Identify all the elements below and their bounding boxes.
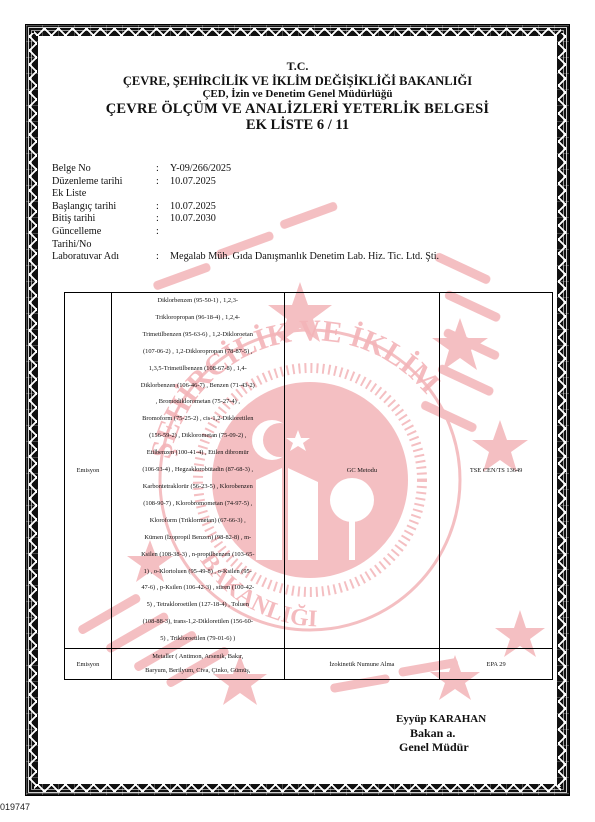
- cell-parameters: Diklorbenzen (95-50-1) , 1,2,3-Triklorop…: [111, 293, 284, 649]
- parameter-line: Baryum, Berilyum, Civa, Çinko, Gümüş,: [115, 664, 281, 678]
- meta-colon: :: [156, 176, 170, 189]
- meta-colon: :: [156, 213, 170, 226]
- parameter-line: , Bromodiklorometan (75-27-4) ,: [115, 394, 281, 411]
- meta-row: Tarihi/No: [52, 239, 439, 252]
- meta-colon: :: [156, 226, 170, 239]
- parameter-line: (108-88-3), trans-1,2-Dikloretilen (156-…: [115, 614, 281, 631]
- signature-block: Eyyüp KARAHAN Bakan a. Genel Müdür: [370, 712, 540, 754]
- meta-label: Tarihi/No: [52, 239, 156, 252]
- header-certificate-title: ÇEVRE ÖLÇÜM VE ANALİZLERİ YETERLİK BELGE…: [38, 101, 557, 118]
- meta-colon: [156, 239, 170, 252]
- meta-colon: :: [156, 251, 170, 264]
- parameter-line: Etilbenzen (100-41-4) , Etilen dibromür: [115, 445, 281, 462]
- signatory-role-line1: Bakan a.: [370, 726, 540, 740]
- meta-row: Düzenleme tarihi : 10.07.2025: [52, 176, 439, 189]
- cell-parameters: Metaller ( Antimon, Arsenik, Bakır,Baryu…: [111, 649, 284, 680]
- header-country: T.C.: [38, 60, 557, 74]
- parameter-line: 5) , Tetrakloroetilen (127-18-4) , Tolue…: [115, 597, 281, 614]
- document-content: T.C. ÇEVRE, ŞEHİRCİLİK VE İKLİM DEĞİŞİKL…: [0, 0, 595, 822]
- meta-label: Düzenleme tarihi: [52, 176, 156, 189]
- parameter-line: Kloroform (Triklormetan) (67-66-3) ,: [115, 513, 281, 530]
- meta-colon: :: [156, 201, 170, 214]
- meta-row: Bitiş tarihi : 10.07.2030: [52, 213, 439, 226]
- parameter-line: 47-6) , p-Ksilen (106-42-3) , stiren (10…: [115, 580, 281, 597]
- meta-value: 10.07.2025: [170, 176, 216, 189]
- header-ministry: ÇEVRE, ŞEHİRCİLİK VE İKLİM DEĞİŞİKLİĞİ B…: [38, 74, 557, 88]
- parameter-line: 1) , o-Klortoluen (95-49-8) , o-Ksilen (…: [115, 564, 281, 581]
- parameter-line: Diklorbenzen (95-50-1) , 1,2,3-: [115, 293, 281, 310]
- meta-colon: :: [156, 163, 170, 176]
- header-directorate: ÇED, İzin ve Denetim Genel Müdürlüğü: [38, 88, 557, 101]
- parameter-line: 1,3,5-Trimetilbenzen (108-67-8) , 1,4-: [115, 361, 281, 378]
- meta-colon: [156, 188, 170, 201]
- table-row: EmisyonMetaller ( Antimon, Arsenik, Bakı…: [65, 649, 553, 680]
- parameter-line: Diklorbenzen (106-46-7) , Benzen (71-43-…: [115, 378, 281, 395]
- parameter-line: (106-93-4) , Hegzaklorobütadin (87-68-3)…: [115, 462, 281, 479]
- meta-label: Ek Liste: [52, 188, 156, 201]
- meta-label: Güncelleme: [52, 226, 156, 239]
- parameter-line: (107-06-2) , 1,2-Dikloropropan (78-87-5)…: [115, 344, 281, 361]
- header-annex-list: EK LİSTE 6 / 11: [38, 117, 557, 134]
- meta-row: Ek Liste: [52, 188, 439, 201]
- parameter-line: Metaller ( Antimon, Arsenik, Bakır,: [115, 650, 281, 664]
- parameter-line: Karbontetraklorür (56-23-5) , Klorobenze…: [115, 479, 281, 496]
- meta-row: Laboratuvar Adı : Megalab Müh. Gıda Danı…: [52, 251, 439, 264]
- cell-method: İzokinetik Numune Alma: [284, 649, 440, 680]
- meta-label: Başlangıç tarihi: [52, 201, 156, 214]
- table-row: EmisyonDiklorbenzen (95-50-1) , 1,2,3-Tr…: [65, 293, 553, 649]
- meta-value: Y-09/266/2025: [170, 163, 231, 176]
- signatory-name: Eyyüp KARAHAN: [370, 712, 540, 726]
- cell-standard: EPA 29: [440, 649, 553, 680]
- parameter-line: Bromoform (75-25-2) , cis-1,2-Dikloretil…: [115, 411, 281, 428]
- parameter-line: 5) , Trikloroetilen (79-01-6) ): [115, 631, 281, 648]
- parameter-line: Trikloropropan (96-18-4) , 1,2,4-: [115, 310, 281, 327]
- parameters-table: EmisyonDiklorbenzen (95-50-1) , 1,2,3-Tr…: [64, 292, 553, 680]
- meta-row: Güncelleme :: [52, 226, 439, 239]
- cell-standard: TSE CEN/TS 13649: [440, 293, 553, 649]
- parameter-line: Trimetilbenzen (95-63-6) , 1,2-Dikloroet…: [115, 327, 281, 344]
- meta-label: Laboratuvar Adı: [52, 251, 156, 264]
- document-header: T.C. ÇEVRE, ŞEHİRCİLİK VE İKLİM DEĞİŞİKL…: [38, 60, 557, 134]
- cell-matrix: Emisyon: [65, 649, 112, 680]
- meta-label: Bitiş tarihi: [52, 213, 156, 226]
- meta-value: Megalab Müh. Gıda Danışmanlık Denetim La…: [170, 251, 439, 264]
- parameter-line: Ksilen (108-38-3) , n-propilbenzen (103-…: [115, 547, 281, 564]
- parameter-line: (108-90-7) , Klorobromometan (74-97-5) ,: [115, 496, 281, 513]
- certificate-meta: Belge No : Y-09/266/2025 Düzenleme tarih…: [52, 163, 439, 264]
- meta-value: 10.07.2030: [170, 213, 216, 226]
- footer-document-code: 019747: [0, 802, 30, 812]
- parameter-line: Kümen (İzopropil Benzen) (98-82-8) , m-: [115, 530, 281, 547]
- meta-label: Belge No: [52, 163, 156, 176]
- cell-method: GC Metodu: [284, 293, 440, 649]
- meta-row: Belge No : Y-09/266/2025: [52, 163, 439, 176]
- signatory-role-line2: Genel Müdür: [370, 740, 540, 754]
- cell-matrix: Emisyon: [65, 293, 112, 649]
- meta-value: 10.07.2025: [170, 201, 216, 214]
- meta-row: Başlangıç tarihi : 10.07.2025: [52, 201, 439, 214]
- parameter-line: (156-59-2) , Diklorometan (75-09-2) ,: [115, 428, 281, 445]
